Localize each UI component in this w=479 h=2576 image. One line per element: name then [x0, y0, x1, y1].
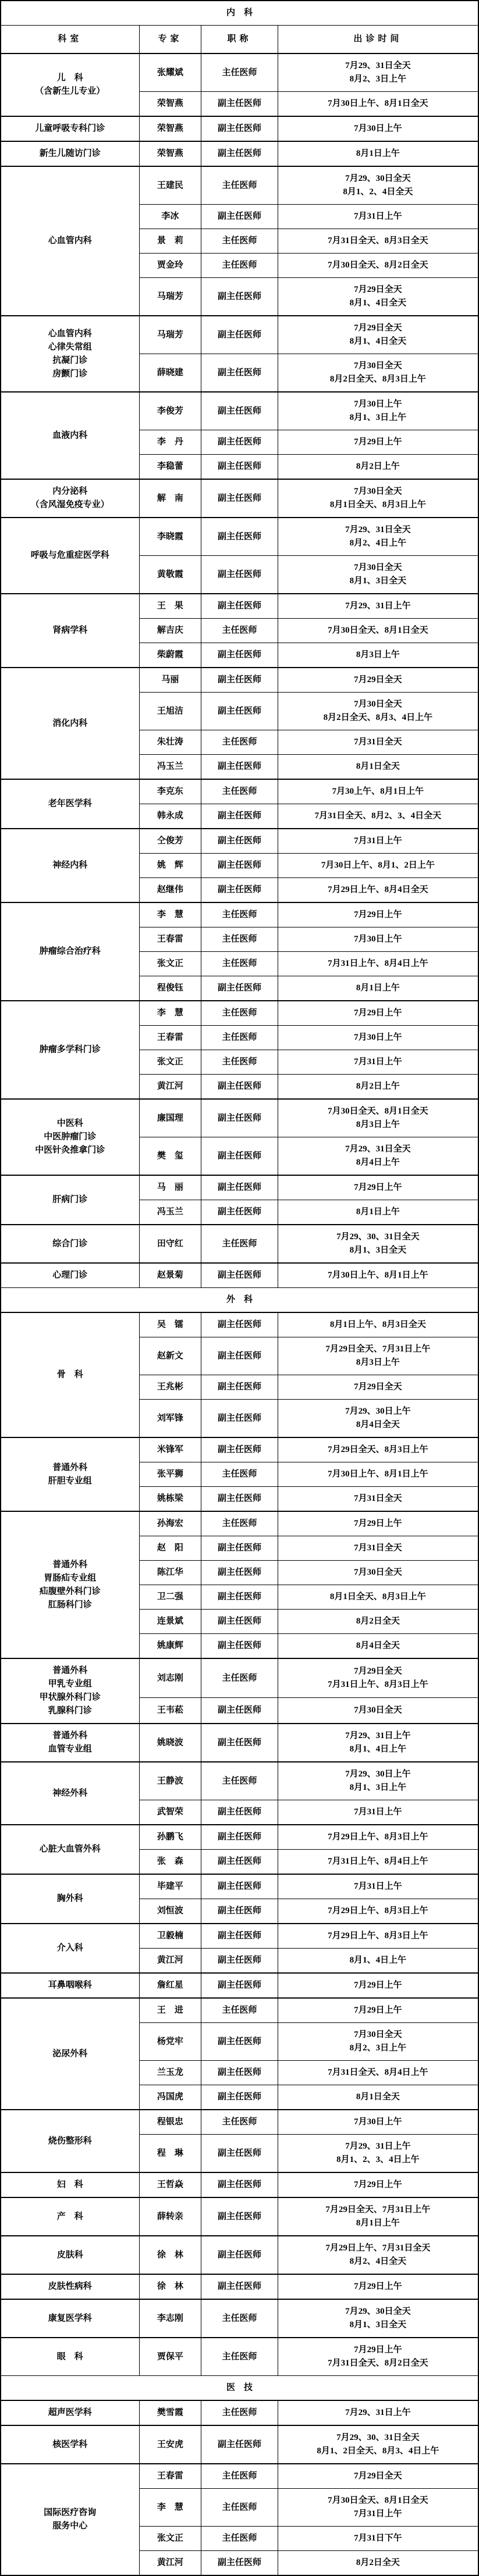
doctor-title-cell: 副主任医师 — [201, 1850, 278, 1875]
doctor-name-cell: 冯国虎 — [139, 2085, 201, 2110]
doctor-row: 妇 科王哲焱副主任医师7月29日上午 — [1, 2172, 478, 2197]
doctor-title-cell: 主任医师 — [201, 1762, 278, 1800]
doctor-title-cell: 副主任医师 — [201, 1874, 278, 1899]
department-cell: 新生儿随访门诊 — [1, 141, 139, 166]
schedule-table: 内 科科室专家职称出诊时间儿 科 （含新生儿专业）张耀斌主任医师7月29、31日… — [0, 0, 479, 2576]
doctor-row: 超声医学科樊雪霞主任医师7月29、31日上午 — [1, 2400, 478, 2425]
doctor-name-cell: 徐 林 — [139, 2274, 201, 2299]
schedule-time-cell: 7月29日上午 — [278, 1001, 478, 1026]
schedule-time-cell: 7月30日全天 8月1日全天、8月3日上午 — [278, 479, 478, 518]
doctor-title-cell: 主任医师 — [201, 2400, 278, 2425]
doctor-name-cell: 樊 玺 — [139, 1137, 201, 1176]
doctor-row: 儿 科 （含新生儿专业）张耀斌主任医师7月29、31日全天 8月2、3日上午 — [1, 53, 478, 92]
doctor-title-cell: 副主任医师 — [201, 1075, 278, 1100]
department-cell: 普通外科 胃肠疝专业组 疝腹壁外科门诊 肛肠科门诊 — [1, 1511, 139, 1658]
schedule-time-cell: 7月29、30日上午 8月4日全天 — [278, 1400, 478, 1438]
doctor-name-cell: 王韦菘 — [139, 1698, 201, 1724]
doctor-row: 儿童呼吸专科门诊荣智燕副主任医师7月30日上午 — [1, 116, 478, 141]
doctor-row: 血液内科李俊芳副主任医师7月30日上午 8月1、3日上午 — [1, 392, 478, 430]
doctor-name-cell: 荣智燕 — [139, 116, 201, 141]
doctor-name-cell: 王建民 — [139, 166, 201, 205]
doctor-row: 皮肤性病科徐 林副主任医师7月29日上午 — [1, 2274, 478, 2299]
doctor-row: 皮肤科徐 林副主任医师7月29日上午、7月31日全天 8月2、4日全天 — [1, 2236, 478, 2274]
doctor-row: 普通外科 血管专业组姚晓波副主任医师7月29、31日上午 8月1、4日上午 — [1, 1724, 478, 1762]
doctor-row: 核医学科王安虎副主任医师7月29、30、31日全天 8月1、2日全天、8月3、4… — [1, 2425, 478, 2464]
doctor-title-cell: 主任医师 — [201, 2338, 278, 2376]
doctor-title-cell: 主任医师 — [201, 2110, 278, 2135]
schedule-time-cell: 8月1日全天 — [278, 755, 478, 780]
doctor-title-cell: 主任医师 — [201, 166, 278, 205]
doctor-name-cell: 田守红 — [139, 1225, 201, 1263]
doctor-row: 心理门诊赵景菊副主任医师7月30日上午、8月1日上午 — [1, 1263, 478, 1288]
department-cell: 肾病学科 — [1, 594, 139, 668]
doctor-name-cell: 刘军锋 — [139, 1400, 201, 1438]
doctor-title-cell: 副主任医师 — [201, 854, 278, 878]
schedule-time-cell: 8月3日上午 — [278, 643, 478, 668]
doctor-title-cell: 副主任医师 — [201, 1137, 278, 1176]
department-cell: 内分泌科 （含风湿免疫专业） — [1, 479, 139, 518]
doctor-title-cell: 主任医师 — [201, 229, 278, 254]
schedule-time-cell: 7月29日上午 — [278, 1511, 478, 1536]
schedule-time-cell: 8月1日上午 — [278, 976, 478, 1001]
doctor-name-cell: 姚 辉 — [139, 854, 201, 878]
schedule-time-cell: 7月31日上午、8月4日上午 — [278, 952, 478, 976]
doctor-name-cell: 王旭洁 — [139, 693, 201, 730]
doctor-name-cell: 解吉庆 — [139, 619, 201, 643]
doctor-title-cell: 副主任医师 — [201, 2023, 278, 2061]
doctor-name-cell: 詹红星 — [139, 1973, 201, 1998]
schedule-time-cell: 7月29日全天 8月1、4日全天 — [278, 316, 478, 354]
schedule-time-cell: 7月29、31日上午 — [278, 2400, 478, 2425]
doctor-title-cell: 副主任医师 — [201, 392, 278, 430]
schedule-time-cell: 7月29日上午 7月31日全天、8月2日全天 — [278, 2338, 478, 2376]
doctor-name-cell: 张 森 — [139, 1850, 201, 1875]
schedule-time-cell: 7月29、31日上午 — [278, 594, 478, 619]
schedule-time-cell: 8月1日全天、8月3日上午 — [278, 1585, 478, 1610]
doctor-title-cell: 副主任医师 — [201, 2197, 278, 2236]
doctor-name-cell: 冯玉兰 — [139, 755, 201, 780]
schedule-time-cell: 7月31日全天 — [278, 1536, 478, 1561]
doctor-title-cell: 副主任医师 — [201, 1899, 278, 1924]
department-cell: 康复医学科 — [1, 2299, 139, 2338]
section-title-row: 外 科 — [1, 1288, 478, 1313]
doctor-name-cell: 孙鹏飞 — [139, 1825, 201, 1850]
schedule-time-cell: 8月4日全天 — [278, 1634, 478, 1659]
schedule-time-cell: 8月1、4日上午 — [278, 1949, 478, 1974]
schedule-time-cell: 7月30日上午 — [278, 2110, 478, 2135]
doctor-name-cell: 李晓霞 — [139, 518, 201, 556]
schedule-time-cell: 7月30日上午、8月1日上午 — [278, 1462, 478, 1487]
schedule-time-cell: 7月29、31日全天 8月2、3日上午 — [278, 53, 478, 92]
section-title-row: 医 技 — [1, 2376, 478, 2401]
schedule-time-cell: 7月30日全天 8月2日全天、8月3、4日上午 — [278, 693, 478, 730]
doctor-name-cell: 刘恒波 — [139, 1899, 201, 1924]
doctor-row: 心血管内科 心律失常组 抗凝门诊 房颤门诊马瑞芳副主任医师7月29日全天 8月1… — [1, 316, 478, 354]
doctor-row: 综合门诊田守红主任医师7月29、30、31日全天 8月1、3日全天 — [1, 1225, 478, 1263]
schedule-time-cell: 7月31日下午 — [278, 2527, 478, 2551]
doctor-row: 普通外科 肝胆专业组米锋军副主任医师7月29日全天、8月3日上午 — [1, 1437, 478, 1462]
doctor-title-cell: 主任医师 — [201, 1462, 278, 1487]
doctor-name-cell: 张文正 — [139, 1050, 201, 1075]
schedule-time-cell: 7月29日上午 — [278, 2172, 478, 2197]
doctor-name-cell: 张文正 — [139, 2527, 201, 2551]
doctor-name-cell: 程银忠 — [139, 2110, 201, 2135]
department-cell: 眼 科 — [1, 2338, 139, 2376]
doctor-name-cell: 孙海宏 — [139, 1511, 201, 1536]
doctor-name-cell: 兰玉龙 — [139, 2061, 201, 2085]
schedule-table-body: 内 科科室专家职称出诊时间儿 科 （含新生儿专业）张耀斌主任医师7月29、31日… — [1, 1, 478, 2575]
department-cell: 神经外科 — [1, 1762, 139, 1825]
department-cell: 心血管内科 心律失常组 抗凝门诊 房颤门诊 — [1, 316, 139, 392]
doctor-name-cell: 黄江河 — [139, 1075, 201, 1100]
doctor-name-cell: 赵继伟 — [139, 878, 201, 903]
doctor-name-cell: 解 南 — [139, 479, 201, 518]
doctor-name-cell: 姚晓波 — [139, 1724, 201, 1762]
doctor-title-cell: 主任医师 — [201, 2527, 278, 2551]
schedule-time-cell: 7月29日全天、7月31日上午 8月3日上午 — [278, 1337, 478, 1375]
doctor-name-cell: 王安虎 — [139, 2425, 201, 2464]
section-title: 外 科 — [1, 1288, 478, 1313]
doctor-row: 胸外科毕建平副主任医师7月31日上午 — [1, 1874, 478, 1899]
doctor-title-cell: 副主任医师 — [201, 479, 278, 518]
doctor-title-cell: 主任医师 — [201, 902, 278, 927]
schedule-time-cell: 7月31日全天、8月2、3、4日全天 — [278, 804, 478, 829]
department-cell: 老年医学科 — [1, 779, 139, 829]
doctor-title-cell: 副主任医师 — [201, 430, 278, 455]
schedule-time-cell: 7月31日上午 — [278, 205, 478, 229]
doctor-title-cell: 副主任医师 — [201, 1536, 278, 1561]
doctor-name-cell: 李志刚 — [139, 2299, 201, 2338]
schedule-time-cell: 7月29日全天、8月3日上午 — [278, 1437, 478, 1462]
schedule-time-cell: 7月31日全天、8月3日全天 — [278, 229, 478, 254]
doctor-name-cell: 冯玉兰 — [139, 1200, 201, 1225]
department-cell: 产 科 — [1, 2197, 139, 2236]
schedule-time-cell: 7月30日全天、8月1日全天 8月3日上午 — [278, 1099, 478, 1137]
doctor-name-cell: 仝俊芳 — [139, 829, 201, 854]
schedule-time-cell: 7月31日上午 — [278, 829, 478, 854]
doctor-title-cell: 副主任医师 — [201, 205, 278, 229]
schedule-time-cell: 7月29、31日上午 8月1、4日上午 — [278, 1724, 478, 1762]
section-title: 医 技 — [1, 2376, 478, 2401]
doctor-name-cell: 李 丹 — [139, 430, 201, 455]
doctor-name-cell: 杨党牢 — [139, 2023, 201, 2061]
schedule-time-cell: 7月30日上午 — [278, 116, 478, 141]
doctor-title-cell: 副主任医师 — [201, 643, 278, 668]
doctor-name-cell: 王兆彬 — [139, 1375, 201, 1400]
doctor-title-cell: 主任医师 — [201, 779, 278, 804]
doctor-name-cell: 赵 阳 — [139, 1536, 201, 1561]
department-cell: 普通外科 肝胆专业组 — [1, 1437, 139, 1511]
doctor-title-cell: 副主任医师 — [201, 2551, 278, 2576]
schedule-time-cell: 7月29日上午 — [278, 1973, 478, 1998]
schedule-time-cell: 8月1日上午 — [278, 141, 478, 166]
schedule-time-cell: 7月29日上午、8月3日上午 — [278, 1825, 478, 1850]
schedule-time-cell: 7月29、31日上午 8月1、2、3、4日上午 — [278, 2135, 478, 2173]
department-cell: 国际医疗咨询 服务中心 — [1, 2464, 139, 2575]
doctor-title-cell: 副主任医师 — [201, 1200, 278, 1225]
doctor-row: 康复医学科李志刚主任医师7月29、30日全天 8月1、3日全天 — [1, 2299, 478, 2338]
department-cell: 普通外科 血管专业组 — [1, 1724, 139, 1762]
doctor-name-cell: 朱壮涛 — [139, 730, 201, 755]
doctor-name-cell: 李 慧 — [139, 902, 201, 927]
schedule-time-cell: 7月29日上午、8月3日上午 — [278, 1899, 478, 1924]
doctor-title-cell: 副主任医师 — [201, 455, 278, 480]
schedule-time-cell: 8月2日全天 — [278, 2551, 478, 2576]
doctor-title-cell: 副主任医师 — [201, 278, 278, 316]
doctor-name-cell: 张平狮 — [139, 1462, 201, 1487]
department-cell: 儿 科 （含新生儿专业） — [1, 53, 139, 116]
section-title-row: 内 科 — [1, 1, 478, 26]
department-cell: 胸外科 — [1, 1874, 139, 1924]
department-cell: 心脏大血管外科 — [1, 1825, 139, 1874]
doctor-title-cell: 副主任医师 — [201, 92, 278, 117]
doctor-name-cell: 刘志刚 — [139, 1658, 201, 1698]
doctor-title-cell: 主任医师 — [201, 1998, 278, 2023]
doctor-name-cell: 李克东 — [139, 779, 201, 804]
outpatient-schedule-page: 内 科科室专家职称出诊时间儿 科 （含新生儿专业）张耀斌主任医师7月29、31日… — [0, 0, 479, 2576]
doctor-row: 耳鼻咽喉科詹红星副主任医师7月29日上午 — [1, 1973, 478, 1998]
doctor-name-cell: 荣智燕 — [139, 141, 201, 166]
doctor-row: 肿瘤综合治疗科李 慧主任医师7月29日上午 — [1, 902, 478, 927]
doctor-row: 消化内科马丽副主任医师7月29日全天 — [1, 668, 478, 693]
doctor-name-cell: 米锋军 — [139, 1437, 201, 1462]
department-cell: 呼吸与危重症医学科 — [1, 518, 139, 594]
doctor-row: 神经外科王静波主任医师7月29、30日上午 8月1、3日上午 — [1, 1762, 478, 1800]
schedule-time-cell: 8月1日全天 — [278, 2085, 478, 2110]
department-cell: 烧伤整形科 — [1, 2110, 139, 2172]
department-cell: 耳鼻咽喉科 — [1, 1973, 139, 1998]
department-cell: 肿瘤多学科门诊 — [1, 1001, 139, 1099]
doctor-title-cell: 主任医师 — [201, 2299, 278, 2338]
doctor-row: 心脏大血管外科孙鹏飞副主任医师7月29日上午、8月3日上午 — [1, 1825, 478, 1850]
doctor-title-cell: 主任医师 — [201, 619, 278, 643]
department-cell: 消化内科 — [1, 668, 139, 779]
schedule-time-cell: 7月30日全天 8月1、3日全天 — [278, 556, 478, 594]
doctor-row: 国际医疗咨询 服务中心王春雷主任医师7月29日全天 — [1, 2464, 478, 2489]
schedule-time-cell: 7月29日全天 7月31日上午、8月3日上午 — [278, 1658, 478, 1698]
doctor-name-cell: 姚康辉 — [139, 1634, 201, 1659]
doctor-row: 介入科卫毅楠副主任医师7月29日上午、8月3日上午 — [1, 1924, 478, 1949]
schedule-time-cell: 7月30日全天、8月1日全天 7月31日上午 — [278, 2489, 478, 2527]
department-cell: 皮肤科 — [1, 2236, 139, 2274]
department-cell: 泌尿外科 — [1, 1998, 139, 2110]
doctor-title-cell: 主任医师 — [201, 1511, 278, 1536]
doctor-name-cell: 王哲焱 — [139, 2172, 201, 2197]
doctor-title-cell: 副主任医师 — [201, 829, 278, 854]
doctor-name-cell: 赵景菊 — [139, 1263, 201, 1288]
doctor-title-cell: 副主任医师 — [201, 668, 278, 693]
doctor-title-cell: 副主任医师 — [201, 1949, 278, 1974]
schedule-time-cell: 7月30日上午 — [278, 927, 478, 952]
doctor-name-cell: 马 丽 — [139, 1175, 201, 1200]
doctor-name-cell: 薛晓建 — [139, 354, 201, 393]
department-cell: 介入科 — [1, 1924, 139, 1973]
schedule-time-cell: 7月30日全天 8月2日全天、8月3日上午 — [278, 354, 478, 393]
doctor-title-cell: 主任医师 — [201, 952, 278, 976]
doctor-row: 神经内科仝俊芳副主任医师7月31日上午 — [1, 829, 478, 854]
doctor-name-cell: 程 琳 — [139, 2135, 201, 2173]
schedule-time-cell: 7月30日上午、8月1日全天 — [278, 92, 478, 117]
schedule-time-cell: 7月29日全天 — [278, 668, 478, 693]
doctor-name-cell: 李俊芳 — [139, 392, 201, 430]
doctor-title-cell: 主任医师 — [201, 254, 278, 278]
doctor-name-cell: 黄江河 — [139, 1949, 201, 1974]
schedule-time-cell: 7月30日全天、8月2日全天 — [278, 254, 478, 278]
doctor-row: 心血管内科王建民主任医师7月29、30日全天 8月1、2、4日全天 — [1, 166, 478, 205]
doctor-name-cell: 马丽 — [139, 668, 201, 693]
column-header: 出诊时间 — [278, 26, 478, 54]
schedule-time-cell: 7月29日全天 — [278, 1375, 478, 1400]
doctor-title-cell: 主任医师 — [201, 1658, 278, 1698]
doctor-title-cell: 主任医师 — [201, 1026, 278, 1050]
doctor-name-cell: 徐 林 — [139, 2236, 201, 2274]
doctor-row: 肝病门诊马 丽副主任医师7月29日上午 — [1, 1175, 478, 1200]
department-cell: 皮肤性病科 — [1, 2274, 139, 2299]
doctor-title-cell: 副主任医师 — [201, 2172, 278, 2197]
doctor-title-cell: 副主任医师 — [201, 693, 278, 730]
doctor-name-cell: 武智荣 — [139, 1800, 201, 1825]
schedule-time-cell: 7月29日全天 8月1、4日全天 — [278, 278, 478, 316]
schedule-time-cell: 8月2日上午 — [278, 455, 478, 480]
doctor-row: 普通外科 胃肠疝专业组 疝腹壁外科门诊 肛肠科门诊孙海宏主任医师7月29日上午 — [1, 1511, 478, 1536]
doctor-name-cell: 王春雷 — [139, 2464, 201, 2489]
doctor-row: 新生儿随访门诊荣智燕副主任医师8月1日上午 — [1, 141, 478, 166]
doctor-name-cell: 姚栋梁 — [139, 1487, 201, 1512]
doctor-name-cell: 张耀斌 — [139, 53, 201, 92]
schedule-time-cell: 7月31日上午 — [278, 1800, 478, 1825]
schedule-time-cell: 7月30上午、8月1日上午 — [278, 779, 478, 804]
doctor-name-cell: 李稳蕾 — [139, 455, 201, 480]
doctor-row: 肾病学科王 果副主任医师7月29、31日上午 — [1, 594, 478, 619]
doctor-title-cell: 副主任医师 — [201, 804, 278, 829]
doctor-title-cell: 副主任医师 — [201, 1561, 278, 1585]
doctor-row: 烧伤整形科程银忠主任医师7月30日上午 — [1, 2110, 478, 2135]
doctor-name-cell: 李 慧 — [139, 1001, 201, 1026]
department-cell: 血液内科 — [1, 392, 139, 479]
schedule-time-cell: 7月29、31日全天 8月4日上午 — [278, 1137, 478, 1176]
doctor-row: 普通外科 甲乳专业组 甲状腺外科门诊 乳腺科门诊刘志刚主任医师7月29日全天 7… — [1, 1658, 478, 1698]
doctor-title-cell: 副主任医师 — [201, 2135, 278, 2173]
schedule-time-cell: 7月29日上午 — [278, 2274, 478, 2299]
doctor-title-cell: 副主任医师 — [201, 518, 278, 556]
doctor-row: 泌尿外科王 进主任医师7月29日上午 — [1, 1998, 478, 2023]
doctor-title-cell: 副主任医师 — [201, 1400, 278, 1438]
doctor-row: 肿瘤多学科门诊李 慧主任医师7月29日上午 — [1, 1001, 478, 1026]
doctor-title-cell: 主任医师 — [201, 2489, 278, 2527]
department-cell: 综合门诊 — [1, 1225, 139, 1263]
schedule-time-cell: 7月29、30、31日全天 8月1、2日全天、8月3、4日上午 — [278, 2425, 478, 2464]
doctor-title-cell: 副主任医师 — [201, 1724, 278, 1762]
doctor-name-cell: 程俊钰 — [139, 976, 201, 1001]
doctor-title-cell: 副主任医师 — [201, 1312, 278, 1337]
doctor-name-cell: 贾金玲 — [139, 254, 201, 278]
section-title: 内 科 — [1, 1, 478, 26]
doctor-title-cell: 副主任医师 — [201, 354, 278, 393]
department-cell: 心血管内科 — [1, 166, 139, 316]
doctor-title-cell: 主任医师 — [201, 53, 278, 92]
department-cell: 肝病门诊 — [1, 1175, 139, 1225]
doctor-title-cell: 副主任医师 — [201, 1585, 278, 1610]
doctor-row: 产 科薛转亲副主任医师7月29日全天、7月31日上午 8月1日上午 — [1, 2197, 478, 2236]
doctor-title-cell: 主任医师 — [201, 1050, 278, 1075]
schedule-time-cell: 7月30日全天 — [278, 1698, 478, 1724]
schedule-time-cell: 7月29、30日全天 8月1、3日全天 — [278, 2299, 478, 2338]
schedule-time-cell: 7月30日上午、8月1、2日上午 — [278, 854, 478, 878]
doctor-name-cell: 黄江河 — [139, 2551, 201, 2576]
schedule-time-cell: 8月2日全天 — [278, 1610, 478, 1634]
doctor-title-cell: 副主任医师 — [201, 1610, 278, 1634]
doctor-title-cell: 主任医师 — [201, 730, 278, 755]
schedule-time-cell: 7月29日上午 — [278, 1175, 478, 1200]
doctor-name-cell: 景 莉 — [139, 229, 201, 254]
doctor-name-cell: 韩永成 — [139, 804, 201, 829]
schedule-time-cell: 7月29、30、31日全天 8月1、3日全天 — [278, 1225, 478, 1263]
schedule-time-cell: 7月31日全天 — [278, 730, 478, 755]
doctor-title-cell: 副主任医师 — [201, 594, 278, 619]
schedule-time-cell: 7月30日全天、8月1日全天 — [278, 619, 478, 643]
doctor-title-cell: 副主任医师 — [201, 1698, 278, 1724]
doctor-name-cell: 毕建平 — [139, 1874, 201, 1899]
column-header: 专家 — [139, 26, 201, 54]
doctor-name-cell: 樊雪霞 — [139, 2400, 201, 2425]
doctor-row: 老年医学科李克东主任医师7月30上午、8月1日上午 — [1, 779, 478, 804]
schedule-time-cell: 7月30日上午、8月1日上午 — [278, 1263, 478, 1288]
department-cell: 肿瘤综合治疗科 — [1, 902, 139, 1001]
doctor-name-cell: 赵新文 — [139, 1337, 201, 1375]
doctor-title-cell: 副主任医师 — [201, 1337, 278, 1375]
schedule-time-cell: 7月29日全天 — [278, 2464, 478, 2489]
doctor-title-cell: 副主任医师 — [201, 2274, 278, 2299]
schedule-time-cell: 7月29、30日上午 8月1、3日上午 — [278, 1762, 478, 1800]
schedule-time-cell: 8月2日上午 — [278, 1075, 478, 1100]
doctor-name-cell: 马瑞芳 — [139, 278, 201, 316]
schedule-time-cell: 7月29日上午 — [278, 902, 478, 927]
doctor-name-cell: 王春雷 — [139, 927, 201, 952]
schedule-time-cell: 7月31日上午 — [278, 1050, 478, 1075]
doctor-title-cell: 副主任医师 — [201, 2061, 278, 2085]
doctor-title-cell: 副主任医师 — [201, 1825, 278, 1850]
doctor-name-cell: 连景斌 — [139, 1610, 201, 1634]
doctor-title-cell: 副主任医师 — [201, 755, 278, 780]
doctor-title-cell: 副主任医师 — [201, 878, 278, 903]
column-header-row: 科室专家职称出诊时间 — [1, 26, 478, 54]
schedule-time-cell: 7月29日全天、7月31日上午 8月1日上午 — [278, 2197, 478, 2236]
doctor-name-cell: 廉国理 — [139, 1099, 201, 1137]
doctor-name-cell: 张文正 — [139, 952, 201, 976]
schedule-time-cell: 8月1日上午 — [278, 1200, 478, 1225]
schedule-time-cell: 7月29日上午 — [278, 430, 478, 455]
doctor-name-cell: 黄敬霞 — [139, 556, 201, 594]
schedule-time-cell: 7月31日上午 — [278, 1874, 478, 1899]
doctor-title-cell: 副主任医师 — [201, 1175, 278, 1200]
doctor-title-cell: 主任医师 — [201, 1001, 278, 1026]
doctor-title-cell: 副主任医师 — [201, 1634, 278, 1659]
doctor-name-cell: 柴蔚霞 — [139, 643, 201, 668]
doctor-title-cell: 副主任医师 — [201, 556, 278, 594]
department-cell: 核医学科 — [1, 2425, 139, 2464]
doctor-row: 内分泌科 （含风湿免疫专业）解 南副主任医师7月30日全天 8月1日全天、8月3… — [1, 479, 478, 518]
doctor-row: 中医科 中医肿瘤门诊 中医针灸推拿门诊廉国理副主任医师7月30日全天、8月1日全… — [1, 1099, 478, 1137]
doctor-title-cell: 副主任医师 — [201, 1375, 278, 1400]
schedule-time-cell: 7月31日上午、8月4日上午 — [278, 1850, 478, 1875]
doctor-name-cell: 薛转亲 — [139, 2197, 201, 2236]
doctor-title-cell: 副主任医师 — [201, 1437, 278, 1462]
doctor-title-cell: 主任医师 — [201, 1225, 278, 1263]
doctor-name-cell: 王 进 — [139, 1998, 201, 2023]
doctor-title-cell: 副主任医师 — [201, 316, 278, 354]
doctor-name-cell: 荣智燕 — [139, 92, 201, 117]
doctor-title-cell: 副主任医师 — [201, 1800, 278, 1825]
